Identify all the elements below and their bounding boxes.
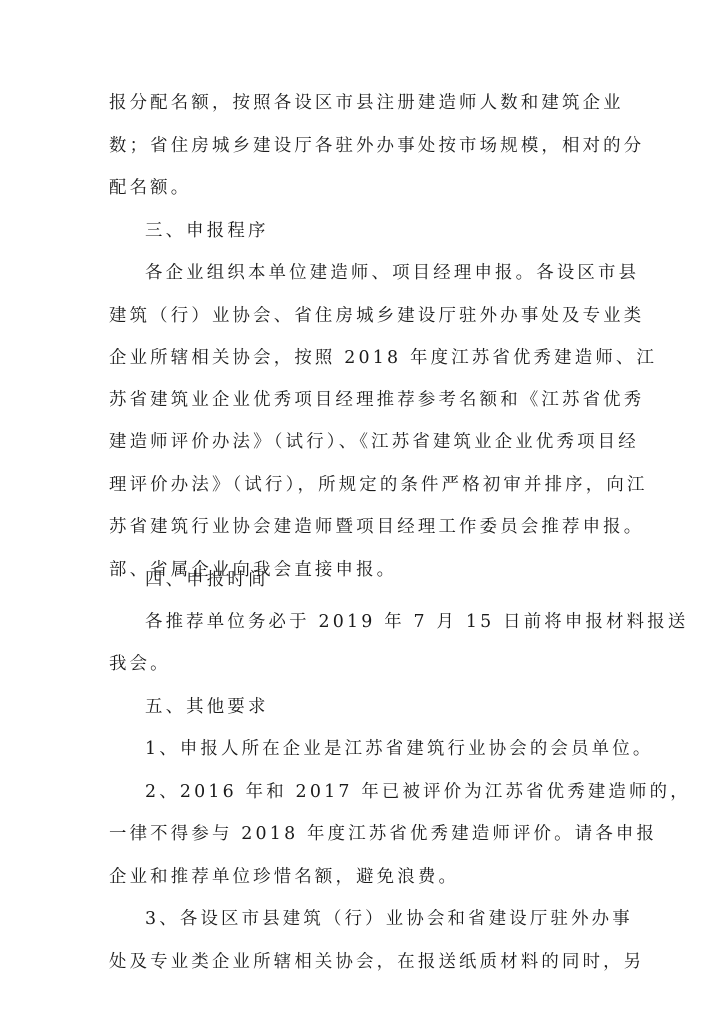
paragraph-line: 建筑（行）业协会、省住房城乡建设厅驻外办事处及专业类 [109, 297, 629, 335]
paragraph-line: 一律不得参与 2018 年度江苏省优秀建造师评价。请各申报 [109, 815, 629, 853]
paragraph-line: 数；省住房城乡建设厅各驻外办事处按市场规模，相对的分 [109, 127, 629, 165]
paragraph-line: 苏省建筑业企业优秀项目经理推荐参考名额和《江苏省优秀 [109, 381, 629, 419]
section-heading-requirements: 五、其他要求 [145, 688, 629, 726]
section-heading-procedure: 三、申报程序 [145, 212, 629, 250]
list-item-2: 2、2016 年和 2017 年已被评价为江苏省优秀建造师的， [145, 773, 629, 811]
paragraph-line: 各企业组织本单位建造师、项目经理申报。各设区市县 [145, 254, 629, 292]
paragraph-line: 建造师评价办法》（试行）、《江苏省建筑业企业优秀项目经 [109, 423, 629, 461]
list-item-3: 3、各设区市县建筑（行）业协会和省建设厅驻外办事 [145, 900, 629, 938]
paragraph-line: 报分配名额，按照各设区市县注册建造师人数和建筑企业 [109, 84, 629, 122]
section-heading-time: 四、申报时间 [145, 561, 629, 599]
paragraph-line: 处及专业类企业所辖相关协会，在报送纸质材料的同时，另 [109, 943, 629, 981]
paragraph-line: 各推荐单位务必于 2019 年 7 月 15 日前将申报材料报送 [145, 603, 629, 641]
paragraph-line: 企业和推荐单位珍惜名额，避免浪费。 [109, 858, 629, 896]
list-item-1: 1、申报人所在企业是江苏省建筑行业协会的会员单位。 [145, 730, 629, 768]
paragraph-line: 我会。 [109, 645, 629, 683]
paragraph-line: 理评价办法》（试行），所规定的条件严格初审并排序，向江 [109, 466, 629, 504]
paragraph-line: 苏省建筑行业协会建造师暨项目经理工作委员会推荐申报。 [109, 508, 629, 546]
paragraph-line: 企业所辖相关协会，按照 2018 年度江苏省优秀建造师、江 [109, 339, 629, 377]
paragraph-line: 配名额。 [109, 169, 629, 207]
document-page: 报分配名额，按照各设区市县注册建造师人数和建筑企业 数；省住房城乡建设厅各驻外办… [0, 0, 725, 1024]
